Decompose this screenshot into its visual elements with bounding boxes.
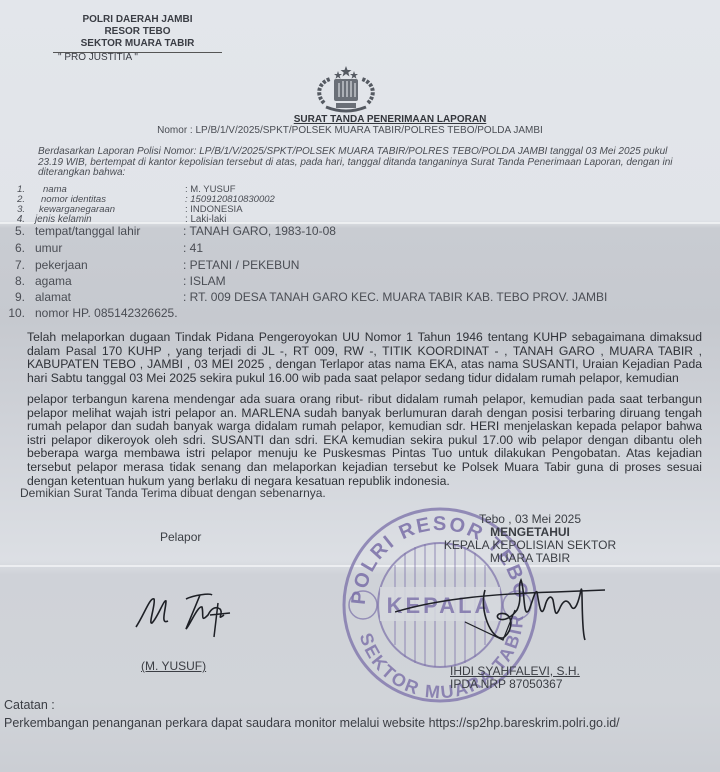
identity-row: 8. agama : ISLAM bbox=[5, 274, 226, 288]
identity-row: 5. tempat/tanggal lahir : TANAH GARO, 19… bbox=[5, 224, 336, 238]
identity-value: : PETANI / PEKEBUN bbox=[173, 258, 299, 272]
note-text: Perkembangan penanganan perkara dapat sa… bbox=[4, 716, 620, 730]
report-paragraph: Telah melaporkan dugaan Tindak Pidana Pe… bbox=[27, 331, 702, 385]
identity-row: 7. pekerjaan : PETANI / PEKEBUN bbox=[5, 258, 299, 272]
identity-label: tempat/tanggal lahir bbox=[35, 224, 173, 238]
officer-position: MUARA TABIR bbox=[380, 552, 680, 565]
identity-number: 10. bbox=[5, 306, 35, 320]
identity-number: 6. bbox=[5, 241, 35, 255]
document-intro: Berdasarkan Laporan Polisi Nomor: LP/B/1… bbox=[38, 147, 688, 179]
identity-label: umur bbox=[35, 241, 173, 255]
identity-list: 1. nama : M. YUSUF 2. nomor identitas : … bbox=[5, 184, 705, 324]
officer-signature bbox=[395, 570, 610, 660]
identity-row: 9. alamat : RT. 009 DESA TANAH GARO KEC.… bbox=[5, 290, 607, 304]
closing-statement: Demikian Surat Tanda Terima dibuat denga… bbox=[20, 486, 326, 500]
officer-block: IHDI SYAHFALEVI, S.H. IPDA NRP 87050367 bbox=[450, 665, 580, 691]
identity-label: nomor HP. 085142326625. bbox=[35, 306, 178, 320]
identity-label: agama bbox=[35, 274, 173, 288]
pro-justitia: " PRO JUSTITIA " bbox=[58, 52, 138, 63]
document-title: SURAT TANDA PENERIMAAN LAPORAN bbox=[240, 114, 540, 125]
officer-rank: IPDA NRP 87050367 bbox=[450, 678, 580, 691]
identity-number: 9. bbox=[5, 290, 35, 304]
reporter-signature bbox=[130, 585, 250, 645]
document-number: Nomor : LP/B/1/V/2025/SPKT/POLSEK MUARA … bbox=[140, 125, 560, 136]
identity-label: pekerjaan bbox=[35, 258, 173, 272]
letterhead: POLRI DAERAH JAMBI RESOR TEBO SEKTOR MUA… bbox=[55, 14, 220, 53]
reporter-name: (M. YUSUF) bbox=[141, 659, 206, 673]
letterhead-line: SEKTOR MUARA TABIR bbox=[55, 38, 220, 50]
reporter-label: Pelapor bbox=[160, 530, 201, 544]
letterhead-line: RESOR TEBO bbox=[55, 26, 220, 38]
identity-value: : ISLAM bbox=[173, 274, 226, 288]
identity-number: 8. bbox=[5, 274, 35, 288]
identity-value: : TANAH GARO, 1983-10-08 bbox=[173, 224, 336, 238]
report-paragraph: pelapor terbangun karena mendengar ada s… bbox=[27, 393, 702, 488]
police-emblem-icon bbox=[310, 65, 382, 117]
identity-row: 10. nomor HP. 085142326625. bbox=[5, 306, 178, 320]
note-label: Catatan : bbox=[4, 698, 55, 712]
identity-value: : 41 bbox=[173, 241, 203, 255]
acknowledgement-block: Tebo , 03 Mei 2025 MENGETAHUI KEPALA KEP… bbox=[380, 513, 680, 565]
identity-number: 7. bbox=[5, 258, 35, 272]
letterhead-line: POLRI DAERAH JAMBI bbox=[55, 14, 220, 26]
identity-row: 6. umur : 41 bbox=[5, 241, 203, 255]
identity-label: alamat bbox=[35, 290, 173, 304]
identity-value: : RT. 009 DESA TANAH GARO KEC. MUARA TAB… bbox=[173, 290, 607, 304]
identity-number: 5. bbox=[5, 224, 35, 238]
